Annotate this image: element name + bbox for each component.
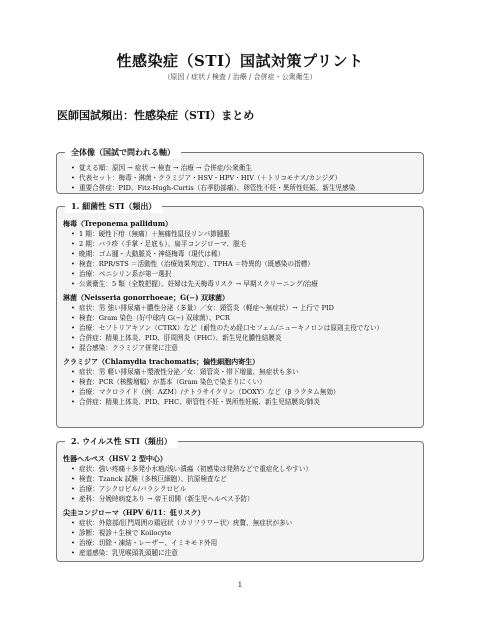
condyloma-heading: 尖圭コンジローマ（HPV 6/11：低リスク） xyxy=(63,507,417,518)
list-item: 合併症：精巣上体炎、PID、FHC、卵管性不妊・異所性妊娠、新生児結膜炎/肺炎 xyxy=(79,397,417,407)
syphilis-heading: 梅毒（Treponema pallidum） xyxy=(63,218,417,229)
overview-list: 覚える順：原因 → 症状 → 検査 → 治療 → 合併症/公衆衛生 代表セット：… xyxy=(63,163,417,193)
list-item: 症状：男 強い排尿痛＋膿性分泌（多量）／女：頸管炎（軽症〜無症状）→ 上行で P… xyxy=(79,303,417,313)
bacterial-box-title: 1. 細菌性 STI（頻出） xyxy=(65,199,162,213)
list-item: 症状：男 軽い排尿痛＋漿液性分泌／女：頸管炎・帯下増量、無症状も多い xyxy=(79,367,417,377)
list-item: 治療：セフトリアキソン（CTRX）など（耐性のため経口セフェム/ニューキノロンは… xyxy=(79,323,417,333)
page-number: 1 xyxy=(0,581,480,589)
list-item: 合併症：精巣上体炎、PID、肝周囲炎（FHC）、新生児化膿性結膜炎 xyxy=(79,333,417,343)
list-item: 重要合併症：PID、Fitz-Hugh-Curtis（右季肋部痛）、卵管性不妊・… xyxy=(79,183,417,193)
list-item: 公衆衛生：5 類（全数把握）。妊婦は先天梅毒リスク → 早期スクリーニング/治療 xyxy=(79,279,417,289)
herpes-heading: 性器ヘルペス（HSV 2 型中心） xyxy=(63,453,417,464)
overview-box: 全体像（国試で問われる軸） 覚える順：原因 → 症状 → 検査 → 治療 → 合… xyxy=(56,152,424,194)
list-item: 検査：Tzanck 試験（多核巨細胞）、抗原検査など xyxy=(79,474,417,484)
list-item: 治療：アシクロビル/バラシクロビル xyxy=(79,484,417,494)
list-item: 診断：視診＋生検で Koilocyte xyxy=(79,528,417,538)
bacterial-box: 1. 細菌性 STI（頻出） 梅毒（Treponema pallidum） 1 … xyxy=(56,206,424,428)
gonorrhea-heading: 淋菌（Neisseria gonorrhoeae；G(−) 双球菌） xyxy=(63,292,417,303)
herpes-list: 症状：強い疼痛＋多発小水疱/浅い潰瘍（初感染は発熱などで重症化しやすい） 検査：… xyxy=(63,464,417,504)
list-item: 2 期：バラ疹（手掌・足底も）、扁平コンジローマ、脱毛 xyxy=(79,239,417,249)
list-item: 症状：外陰部/肛門周囲の鶏冠状（カリフラワー状）疣贅、無症状が多い xyxy=(79,518,417,528)
syphilis-list: 1 期：硬性下疳（無痛）＋無痛性鼠径リンパ節腫脹 2 期：バラ疹（手掌・足底も）… xyxy=(63,229,417,289)
viral-box-title: 2. ウイルス性 STI（頻出） xyxy=(65,434,178,448)
list-item: 治療：マクロライド（例：AZM）/テトラサイクリン（DOXY）など（β ラクタム… xyxy=(79,387,417,397)
list-item: 代表セット：梅毒・淋菌・クラミジア・HSV・HPV・HIV（＋トリコモナス/カン… xyxy=(79,173,417,183)
list-item: 検査：PCR（核酸増幅）が基本（Gram 染色で染まりにくい） xyxy=(79,377,417,387)
list-item: 治療：ペニシリン系が第一選択 xyxy=(79,269,417,279)
chlamydia-heading: クラミジア（Chlamydia trachomatis；偏性細胞内寄生） xyxy=(63,356,417,367)
list-item: 混合感染：クラミジア併発に注意 xyxy=(79,343,417,353)
list-item: 症状：強い疼痛＋多発小水疱/浅い潰瘍（初感染は発熱などで重症化しやすい） xyxy=(79,464,417,474)
section-heading: 医師国試頻出：性感染症（STI）まとめ xyxy=(57,107,254,123)
list-item: 晩期：ゴム腫・大動脈炎・神経梅毒（現代は稀） xyxy=(79,249,417,259)
overview-box-title: 全体像（国試で問われる軸） xyxy=(65,145,181,159)
condyloma-list: 症状：外陰部/肛門周囲の鶏冠状（カリフラワー状）疣贅、無症状が多い 診断：視診＋… xyxy=(63,518,417,558)
list-item: 検査：Gram 染色（好中球内 G(−) 双球菌）、PCR xyxy=(79,313,417,323)
viral-box: 2. ウイルス性 STI（頻出） 性器ヘルペス（HSV 2 型中心） 症状：強い… xyxy=(56,441,424,562)
gonorrhea-list: 症状：男 強い排尿痛＋膿性分泌（多量）／女：頸管炎（軽症〜無症状）→ 上行で P… xyxy=(63,303,417,353)
document-title: 性感染症（STI）国試対策プリント xyxy=(0,50,480,71)
list-item: 治療：切除・凍結・レーザー、イミキモド外用 xyxy=(79,538,417,548)
list-item: 産科：分娩時病変あり → 帝王切開（新生児ヘルペス予防） xyxy=(79,494,417,504)
list-item: 1 期：硬性下疳（無痛）＋無痛性鼠径リンパ節腫脹 xyxy=(79,229,417,239)
chlamydia-list: 症状：男 軽い排尿痛＋漿液性分泌／女：頸管炎・帯下増量、無症状も多い 検査：PC… xyxy=(63,367,417,407)
list-item: 覚える順：原因 → 症状 → 検査 → 治療 → 合併症/公衆衛生 xyxy=(79,163,417,173)
list-item: 検査：RPR/STS ＝活動性（治療効果判定）、TPHA ＝特異的（既感染の指標… xyxy=(79,259,417,269)
document-subtitle: （原因 / 症状 / 検査 / 治療 / 合併症・公衆衛生） xyxy=(0,72,480,82)
list-item: 産道感染：乳児喉頭乳頭腫に注意 xyxy=(79,548,417,558)
